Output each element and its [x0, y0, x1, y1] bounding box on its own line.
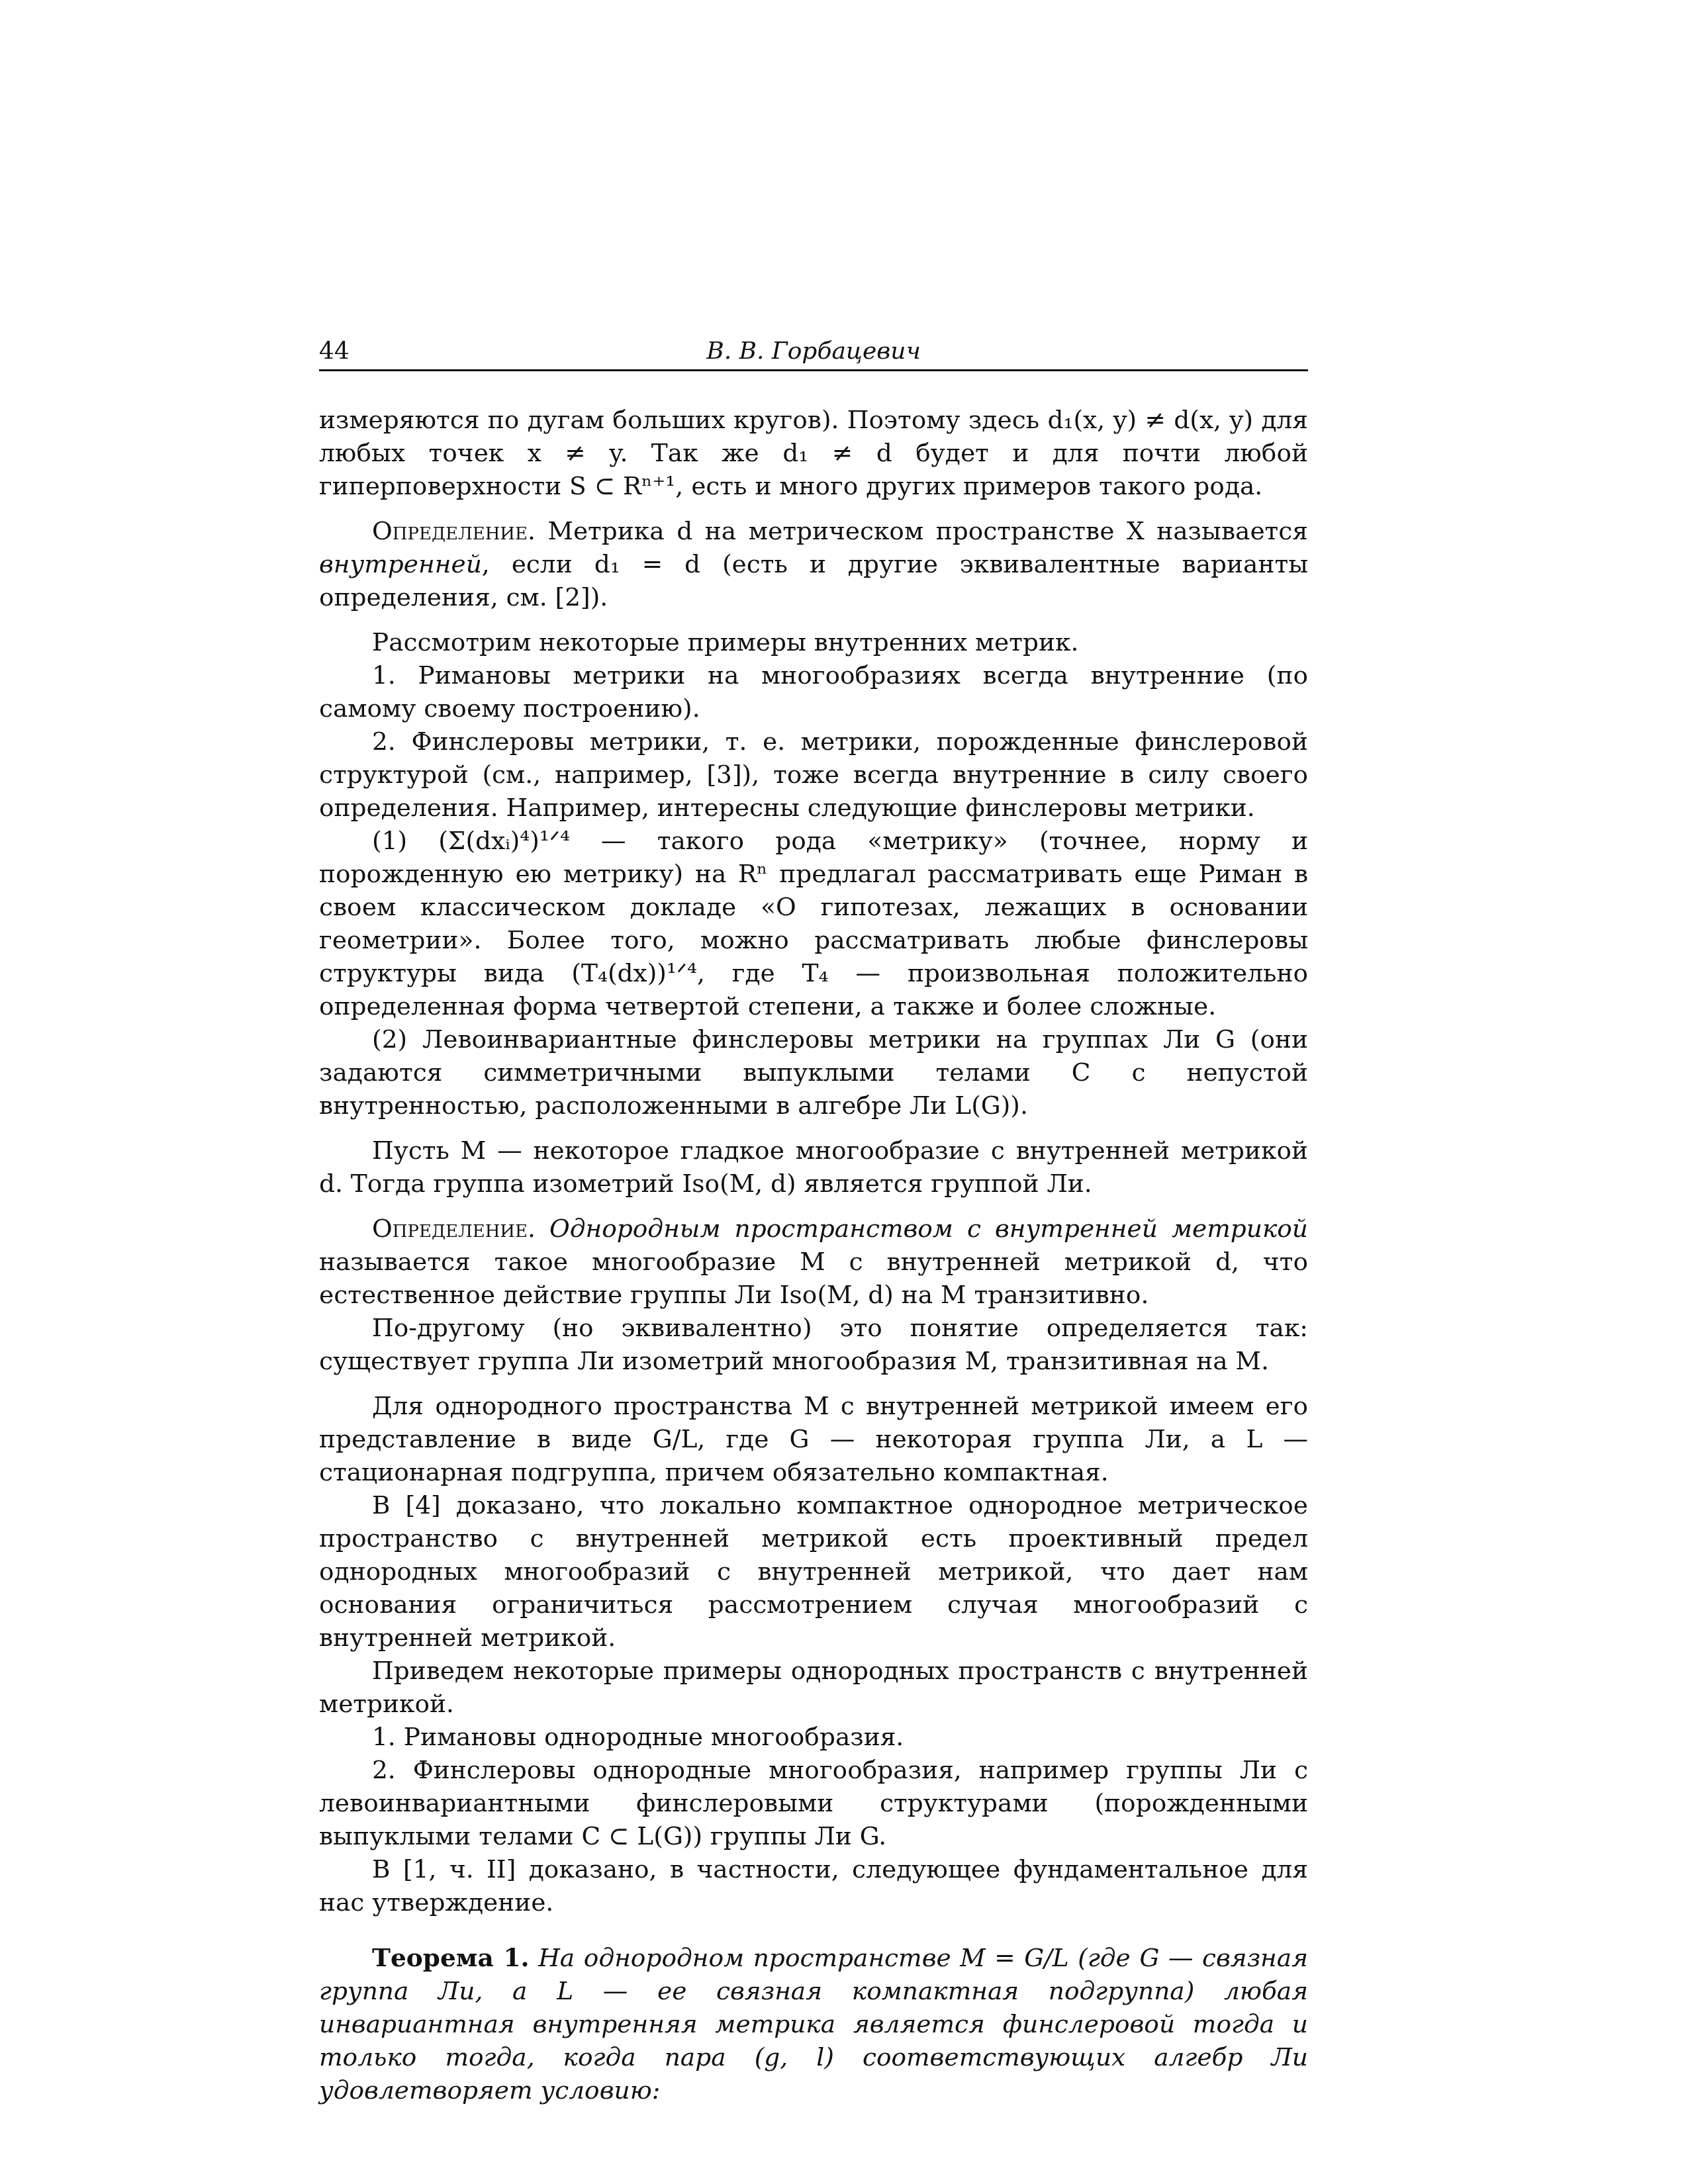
running-header: 44 В. В. Горбацевич	[319, 331, 1308, 369]
paragraph: (2) Левоинвариантные финслеровы метрики …	[319, 1023, 1308, 1122]
paragraph: Для однородного пространства M с внутрен…	[319, 1389, 1308, 1488]
paragraph: Пусть M — некоторое гладкое многообразие…	[319, 1134, 1308, 1200]
paragraph: По-другому (но эквивалентно) это понятие…	[319, 1311, 1308, 1377]
theorem-1: Теорема 1. На однородном пространстве M …	[319, 1941, 1308, 2107]
definition-label: Определение.	[372, 1214, 536, 1243]
paragraph: В [1, ч. II] доказано, в частности, след…	[319, 1852, 1308, 1919]
paragraph: 2. Финслеровы однородные многообразия, н…	[319, 1753, 1308, 1852]
paragraph: (1) (Σ(dxᵢ)⁴)¹ᐟ⁴ — такого рода «метрику»…	[319, 824, 1308, 1023]
page: 44 В. В. Горбацевич измеряются по дугам …	[319, 331, 1308, 2107]
definition-label: Определение.	[372, 516, 536, 545]
paragraph: Рассмотрим некоторые примеры внутренних …	[319, 625, 1308, 659]
definition-internal-metric: Определение. Метрика d на метрическом пр…	[319, 514, 1308, 614]
paragraph: В [4] доказано, что локально компактное …	[319, 1488, 1308, 1654]
paragraph: 1. Римановы однородные многообразия.	[319, 1720, 1308, 1753]
paragraph: 1. Римановы метрики на многообразиях все…	[319, 659, 1308, 725]
definition-text: Метрика d на метрическом пространстве X …	[536, 516, 1308, 545]
defined-term: внутренней	[319, 549, 482, 578]
theorem-label: Теорема 1.	[372, 1943, 530, 1972]
definition-text-tail: называется такое многообразие M с внутре…	[319, 1247, 1308, 1309]
defined-term: Однородным пространством с внутренней ме…	[549, 1214, 1308, 1243]
body-text: измеряются по дугам больших кругов). Поэ…	[319, 403, 1308, 2107]
header-rule	[319, 369, 1308, 371]
definition-homogeneous-space: Определение. Однородным пространством с …	[319, 1212, 1308, 1311]
paragraph: измеряются по дугам больших кругов). Поэ…	[319, 403, 1308, 502]
running-author: В. В. Горбацевич	[319, 338, 1308, 365]
paragraph: Приведем некоторые примеры однородных пр…	[319, 1654, 1308, 1720]
paragraph: 2. Финслеровы метрики, т. е. метрики, по…	[319, 725, 1308, 824]
